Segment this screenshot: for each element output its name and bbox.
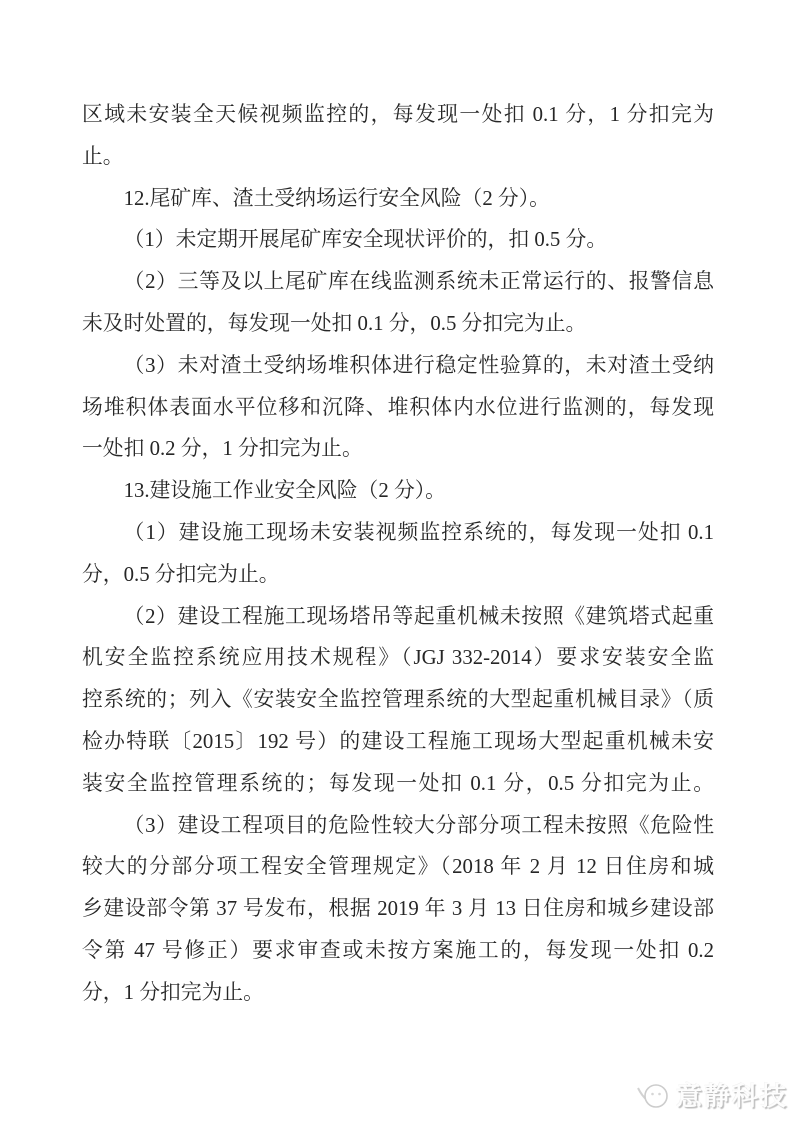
- text-line: （2）三等及以上尾矿库在线监测系统未正常运行的、报警信息: [82, 261, 714, 303]
- text-line: 令第 47 号修正）要求审查或未按方案施工的，每发现一处扣 0.2: [82, 930, 714, 972]
- text-line: 13.建设施工作业安全风险（2 分）。: [82, 470, 714, 512]
- text-line: 分，1 分扣完为止。: [82, 972, 714, 1014]
- watermark-text: 意静科技: [676, 1076, 788, 1113]
- text-line: 一处扣 0.2 分，1 分扣完为止。: [82, 428, 714, 470]
- text-line: 止。: [82, 136, 714, 178]
- text-line: （3）未对渣土受纳场堆积体进行稳定性验算的，未对渣土受纳: [82, 345, 714, 387]
- document-body: 区域未安装全天候视频监控的，每发现一处扣 0.1 分，1 分扣完为止。12.尾矿…: [82, 94, 714, 1014]
- text-line: 分，0.5 分扣完为止。: [82, 554, 714, 596]
- text-line: 机安全监控系统应用技术规程》（JGJ 332-2014）要求安装安全监: [82, 637, 714, 679]
- text-line: （2）建设工程施工现场塔吊等起重机械未按照《建筑塔式起重: [82, 596, 714, 638]
- text-line: （3）建设工程项目的危险性较大分部分项工程未按照《危险性: [82, 805, 714, 847]
- text-line: 装安全监控管理系统的；每发现一处扣 0.1 分，0.5 分扣完为止。: [82, 763, 714, 805]
- document-page: 区域未安装全天候视频监控的，每发现一处扣 0.1 分，1 分扣完为止。12.尾矿…: [0, 0, 796, 1123]
- text-line: 检办特联〔2015〕192 号）的建设工程施工现场大型起重机械未安: [82, 721, 714, 763]
- text-line: 乡建设部令第 37 号发布，根据 2019 年 3 月 13 日住房和城乡建设部: [82, 888, 714, 930]
- text-line: （1）建设施工现场未安装视频监控系统的，每发现一处扣 0.1: [82, 512, 714, 554]
- text-line: 控系统的；列入《安装安全监控管理系统的大型起重机械目录》（质: [82, 679, 714, 721]
- text-line: （1）未定期开展尾矿库安全现状评价的，扣 0.5 分。: [82, 219, 714, 261]
- text-line: 较大的分部分项工程安全管理规定》（2018 年 2 月 12 日住房和城: [82, 846, 714, 888]
- text-line: 场堆积体表面水平位移和沉降、堆积体内水位进行监测的，每发现: [82, 387, 714, 429]
- watermark-circle-emblem-icon: [636, 1080, 670, 1110]
- text-line: 12.尾矿库、渣土受纳场运行安全风险（2 分）。: [82, 178, 714, 220]
- watermark: 意静科技: [636, 1076, 788, 1113]
- text-line: 未及时处置的，每发现一处扣 0.1 分，0.5 分扣完为止。: [82, 303, 714, 345]
- text-line: 区域未安装全天候视频监控的，每发现一处扣 0.1 分，1 分扣完为: [82, 94, 714, 136]
